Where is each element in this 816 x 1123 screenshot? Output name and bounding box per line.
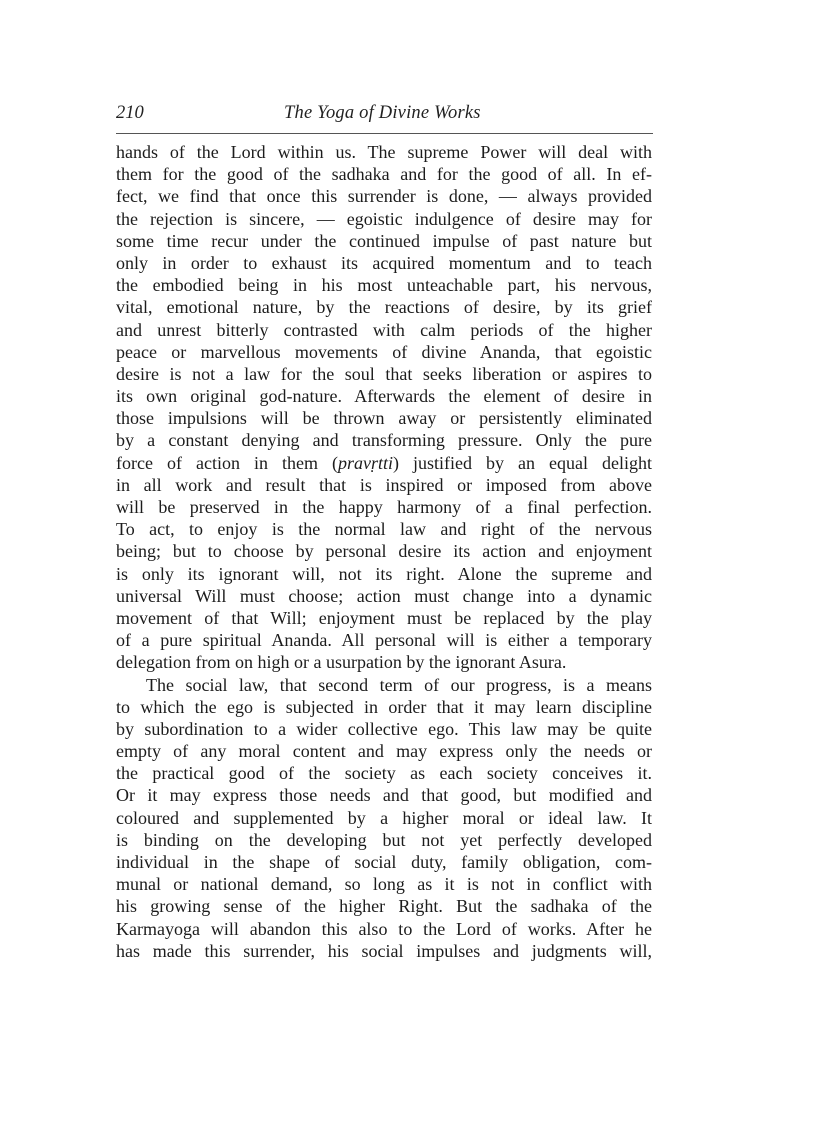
text-line: has made this surrender, his social impu… (116, 940, 652, 962)
text-line: the practical good of the society as eac… (116, 762, 652, 784)
text-line: them for the good of the sadhaka and for… (116, 163, 652, 185)
text-line: universal Will must choose; action must … (116, 585, 652, 607)
italic-term: pravṛtti (338, 453, 393, 473)
text-line: is only its ignorant will, not its right… (116, 563, 652, 585)
text-line: delegation from on high or a usurpation … (116, 651, 652, 673)
body-text: hands of the Lord within us. The supreme… (116, 141, 652, 962)
document-page: 210 The Yoga of Divine Works hands of th… (0, 0, 816, 1123)
text-line: Or it may express those needs and that g… (116, 784, 652, 806)
text-line: and unrest bitterly contrasted with calm… (116, 319, 652, 341)
text-line: in all work and result that is inspired … (116, 474, 652, 496)
text-line: coloured and supplemented by a higher mo… (116, 807, 652, 829)
text-line: The social law, that second term of our … (116, 674, 652, 696)
text-line: vital, emotional nature, by the reaction… (116, 296, 652, 318)
text-line: the rejection is sincere, — egoistic ind… (116, 208, 652, 230)
text-line: his growing sense of the higher Right. B… (116, 895, 652, 917)
text-line-with-italic: force of action in them (pravṛtti) justi… (116, 452, 652, 474)
text-line: will be preserved in the happy harmony o… (116, 496, 652, 518)
text-line: the embodied being in his most unteachab… (116, 274, 652, 296)
header-rule (116, 133, 653, 134)
text-line: fect, we find that once this surrender i… (116, 185, 652, 207)
running-title: The Yoga of Divine Works (284, 100, 481, 126)
text-line: those impulsions will be thrown away or … (116, 407, 652, 429)
text-line: is binding on the developing but not yet… (116, 829, 652, 851)
text-segment: ) justified by an equal delight (393, 453, 652, 473)
text-segment: force of action in them ( (116, 453, 338, 473)
paragraph-1: hands of the Lord within us. The supreme… (116, 141, 652, 674)
text-line: individual in the shape of social duty, … (116, 851, 652, 873)
text-line: only in order to exhaust its acquired mo… (116, 252, 652, 274)
text-line: hands of the Lord within us. The supreme… (116, 141, 652, 163)
text-line: peace or marvellous movements of divine … (116, 341, 652, 363)
paragraph-2: The social law, that second term of our … (116, 674, 652, 962)
text-line: by a constant denying and transforming p… (116, 429, 652, 451)
text-line: Karmayoga will abandon this also to the … (116, 918, 652, 940)
text-line: munal or national demand, so long as it … (116, 873, 652, 895)
text-line: being; but to choose by personal desire … (116, 540, 652, 562)
text-line: movement of that Will; enjoyment must be… (116, 607, 652, 629)
text-line: some time recur under the continued impu… (116, 230, 652, 252)
text-line: its own original god-nature. Afterwards … (116, 385, 652, 407)
text-line: of a pure spiritual Ananda. All personal… (116, 629, 652, 651)
text-line: by subordination to a wider collective e… (116, 718, 652, 740)
page-number: 210 (116, 100, 144, 126)
text-line: To act, to enjoy is the normal law and r… (116, 518, 652, 540)
text-line: to which the ego is subjected in order t… (116, 696, 652, 718)
text-line: desire is not a law for the soul that se… (116, 363, 652, 385)
running-header: 210 The Yoga of Divine Works (116, 100, 652, 126)
text-line: empty of any moral content and may expre… (116, 740, 652, 762)
